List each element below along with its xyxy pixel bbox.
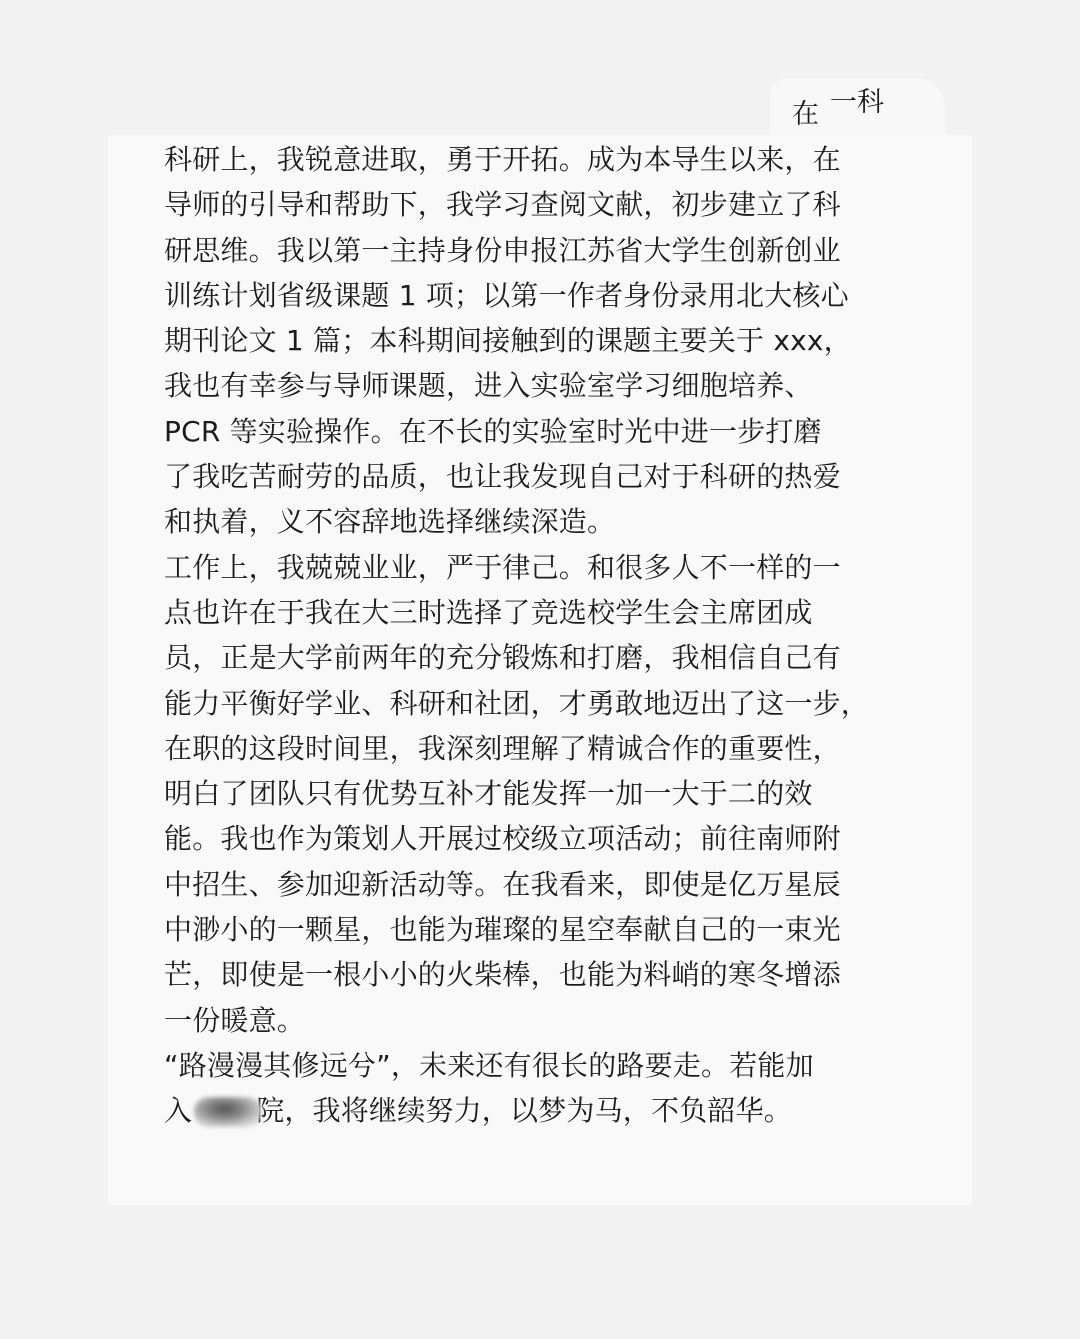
text-fragment: 入: [164, 1094, 192, 1127]
text-line: 科研上，我锐意进取，勇于开拓。成为本导生以来，在: [164, 137, 904, 182]
cropped-text-snippet: 在 一科: [770, 78, 945, 136]
text-line: 入院，我将继续努力，以梦为马，不负韶华。: [164, 1088, 904, 1133]
text-line: 能。我也作为策划人开展过校级立项活动；前往南师附: [164, 816, 904, 861]
paragraph-closing: “路漫漫其修远兮”，未来还有很长的路要走。若能加 入院，我将继续努力，以梦为马，…: [164, 1043, 904, 1134]
document-body: 科研上，我锐意进取，勇于开拓。成为本导生以来，在 导师的引导和帮助下，我学习查阅…: [164, 137, 904, 1134]
text-fragment: 院，我将继续努力，以梦为马，不负韶华。: [256, 1094, 792, 1127]
text-line: 中渺小的一颗星，也能为璀璨的星空奉献自己的一束光: [164, 907, 904, 952]
text-line: 中招生、参加迎新活动等。在我看来，即使是亿万星辰: [164, 862, 904, 907]
text-line: 点也许在于我在大三时选择了竞选校学生会主席团成: [164, 590, 904, 635]
text-line: 明白了团队只有优势互补才能发挥一加一大于二的效: [164, 771, 904, 816]
text-line: 了我吃苦耐劳的品质，也让我发现自己对于科研的热爱: [164, 454, 904, 499]
text-line: 导师的引导和帮助下，我学习查阅文献，初步建立了科: [164, 182, 904, 227]
paragraph-work: 工作上，我兢兢业业，严于律己。和很多人不一样的一 点也许在于我在大三时选择了竞选…: [164, 545, 904, 1043]
text-line: “路漫漫其修远兮”，未来还有很长的路要走。若能加: [164, 1043, 904, 1088]
text-line: 我也有幸参与导师课题，进入实验室学习细胞培养、: [164, 363, 904, 408]
text-line: 训练计划省级课题 1 项；以第一作者身份录用北大核心: [164, 273, 904, 318]
text-line: 芒，即使是一根小小的火柴棒，也能为料峭的寒冬增添: [164, 952, 904, 997]
text-line: 工作上，我兢兢业业，严于律己。和很多人不一样的一: [164, 545, 904, 590]
text-line: 能力平衡好学业、科研和社团，才勇敢地迈出了这一步，: [164, 681, 904, 726]
text-line: 研思维。我以第一主持身份申报江苏省大学生创新创业: [164, 228, 904, 273]
text-line: PCR 等实验操作。在不长的实验室时光中进一步打磨: [164, 409, 904, 454]
document-page: 科研上，我锐意进取，勇于开拓。成为本导生以来，在 导师的引导和帮助下，我学习查阅…: [108, 135, 972, 1205]
snippet-char-right: 一科: [830, 88, 884, 118]
text-line: 在职的这段时间里，我深刻理解了精诚合作的重要性，: [164, 726, 904, 771]
text-line: 和执着，义不容辞地选择继续深造。: [164, 499, 904, 544]
text-line: 一份暖意。: [164, 998, 904, 1043]
snippet-char-left: 在: [792, 100, 819, 130]
text-line: 期刊论文 1 篇；本科期间接触到的课题主要关于 xxx，: [164, 318, 904, 363]
paragraph-research: 科研上，我锐意进取，勇于开拓。成为本导生以来，在 导师的引导和帮助下，我学习查阅…: [164, 137, 904, 545]
redacted-blur: [194, 1097, 262, 1127]
text-line: 员，正是大学前两年的充分锻炼和打磨，我相信自己有: [164, 635, 904, 680]
